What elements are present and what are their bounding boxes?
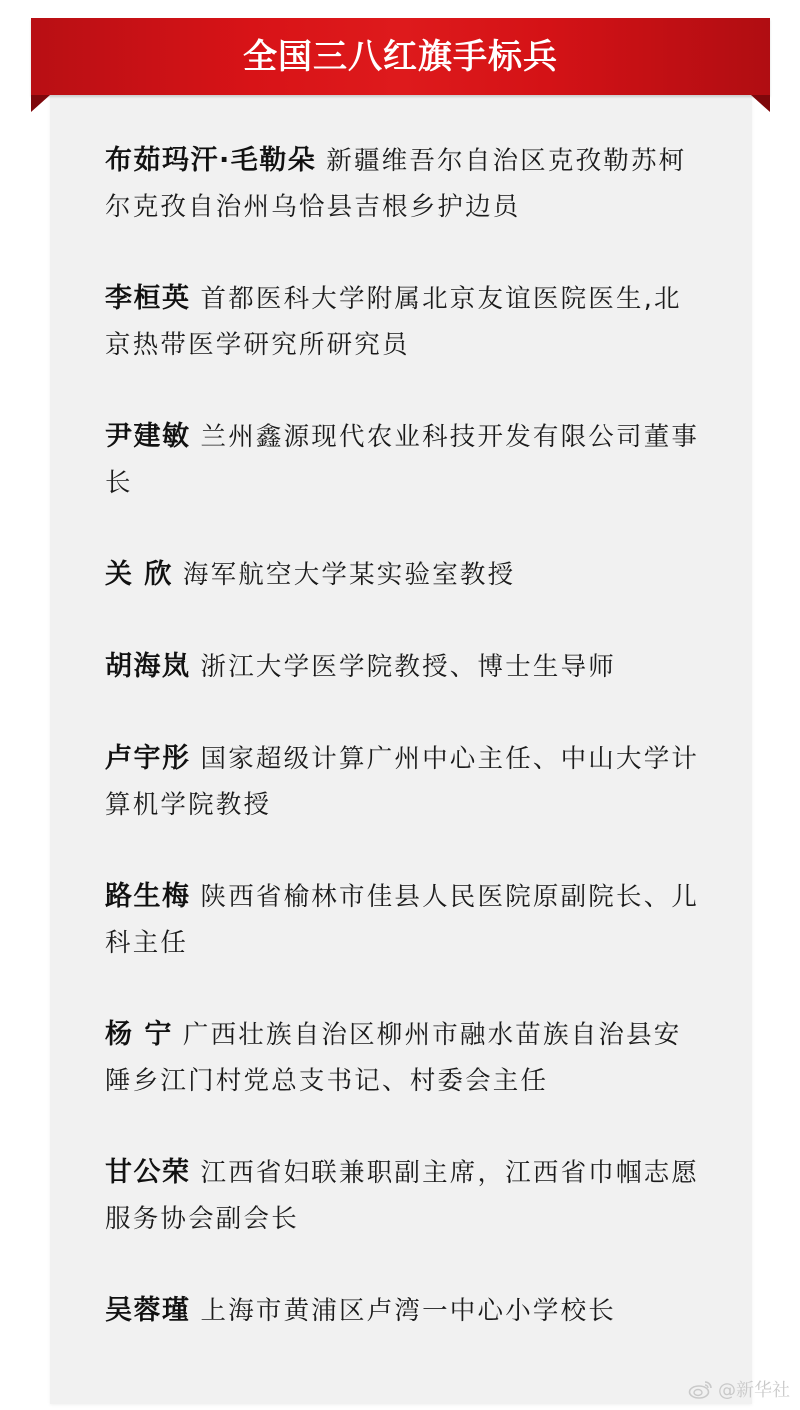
list-item: 吴蓉瑾上海市黄浦区卢湾一中心小学校长 [105,1288,705,1334]
honoree-name: 吴蓉瑾 [105,1295,191,1326]
honoree-description: 国家超级计算广州中心主任、中山大学计算机学院教授 [105,744,699,820]
honoree-description: 海军航空大学某实验室教授 [183,560,515,590]
honoree-description: 首都医科大学附属北京友谊医院医生,北京热带医学研究所研究员 [105,284,682,360]
honoree-description: 兰州鑫源现代农业科技开发有限公司董事长 [105,422,699,498]
list-item: 路生梅陕西省榆林市佳县人民医院原副院长、儿科主任 [105,874,705,966]
list-item: 李桓英首都医科大学附属北京友谊医院医生,北京热带医学研究所研究员 [105,276,705,368]
ribbon-fold-right [751,95,770,112]
honoree-description: 广西壮族自治区柳州市融水苗族自治县安陲乡江门村党总支书记、村委会主任 [105,1020,682,1096]
watermark: @新华社 [688,1376,790,1402]
honoree-description: 陕西省榆林市佳县人民医院原副院长、儿科主任 [105,882,699,958]
honoree-description: 浙江大学医学院教授、博士生导师 [201,652,617,682]
honoree-description: 上海市黄浦区卢湾一中心小学校长 [201,1296,617,1326]
honoree-name: 尹建敏 [105,421,191,452]
honoree-name: 胡海岚 [105,651,191,682]
honoree-name: 甘公荣 [105,1157,191,1188]
ribbon-fold-left [31,95,50,112]
weibo-icon [688,1379,714,1399]
list-item: 胡海岚浙江大学医学院教授、博士生导师 [105,644,705,690]
honoree-list: 布茹玛汗·毛勒朵新疆维吾尔自治区克孜勒苏柯尔克孜自治州乌恰县吉根乡护边员 李桓英… [105,138,705,1380]
honoree-description: 江西省妇联兼职副主席，江西省巾帼志愿服务协会副会长 [105,1158,699,1234]
honoree-name: 路生梅 [105,881,191,912]
title-ribbon: 全国三八红旗手标兵 [31,18,770,95]
list-item: 卢宇彤国家超级计算广州中心主任、中山大学计算机学院教授 [105,736,705,828]
honoree-name: 卢宇彤 [105,743,191,774]
watermark-text: @新华社 [718,1376,790,1402]
honoree-name: 李桓英 [105,283,191,314]
list-item: 关 欣海军航空大学某实验室教授 [105,552,705,598]
list-item: 布茹玛汗·毛勒朵新疆维吾尔自治区克孜勒苏柯尔克孜自治州乌恰县吉根乡护边员 [105,138,705,230]
list-item: 尹建敏兰州鑫源现代农业科技开发有限公司董事长 [105,414,705,506]
honoree-name: 布茹玛汗·毛勒朵 [105,145,316,176]
honoree-name: 关 欣 [105,559,173,590]
list-item: 甘公荣江西省妇联兼职副主席，江西省巾帼志愿服务协会副会长 [105,1150,705,1242]
list-item: 杨 宁广西壮族自治区柳州市融水苗族自治县安陲乡江门村党总支书记、村委会主任 [105,1012,705,1104]
page-title: 全国三八红旗手标兵 [243,29,558,78]
honoree-name: 杨 宁 [105,1019,173,1050]
